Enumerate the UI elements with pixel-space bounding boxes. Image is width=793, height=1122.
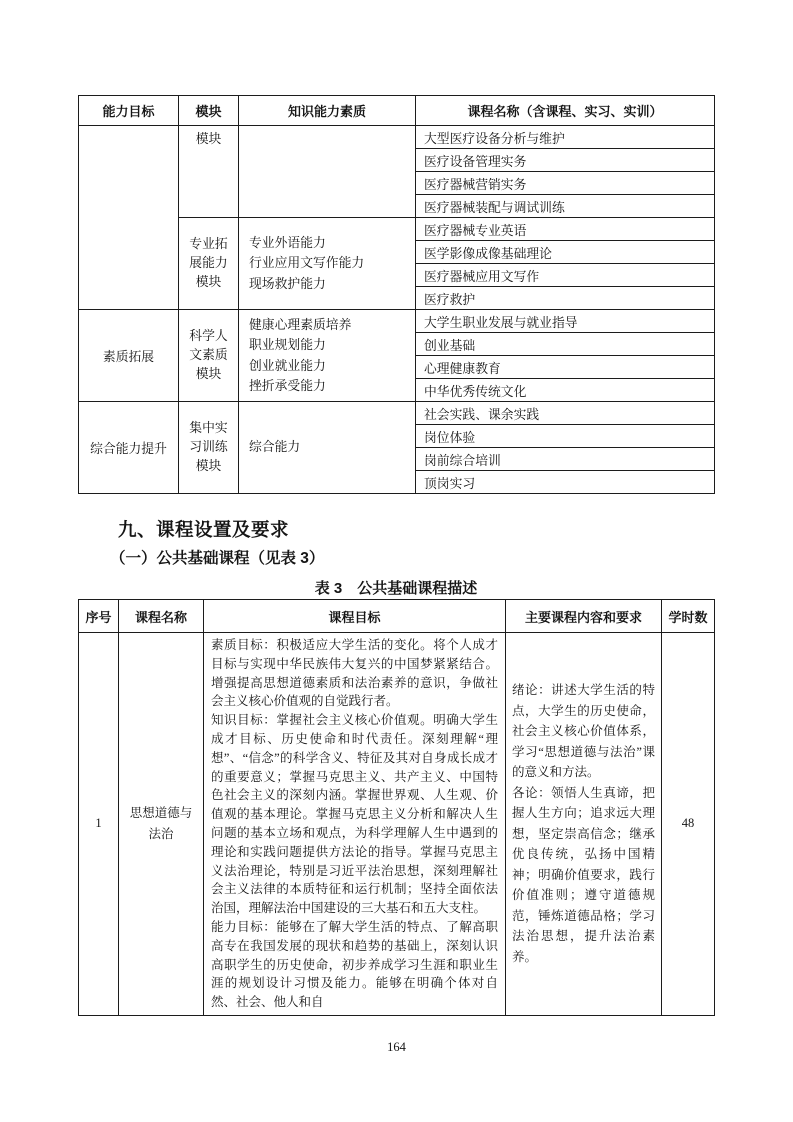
qualities-cell — [239, 126, 416, 218]
content-paragraph: 绪论：讲述大学生活的特点，大学生的历史使命，社会主义核心价值体系，学习“思想道德… — [512, 680, 655, 783]
public-basic-course-table: 序号 课程名称 课程目标 主要课程内容和要求 学时数 1思想道德与法治素质目标：… — [78, 599, 715, 1016]
course-cell: 大型医疗设备分析与维护 — [416, 126, 715, 149]
course-cell: 创业基础 — [416, 333, 715, 356]
table1-row: 综合能力提升集中实 习训练 模块综合能力社会实践、课余实践 — [79, 402, 715, 425]
course-name-cell: 思想道德与法治 — [119, 633, 204, 1016]
course-objectives-cell: 素质目标：积极适应大学生活的变化。将个人成才目标与实现中华民族伟大复兴的中国梦紧… — [204, 633, 506, 1016]
subsection-heading: （一）公共基础课程（见表 3） — [110, 546, 324, 568]
course-cell: 中华优秀传统文化 — [416, 379, 715, 402]
table1-row: 素质拓展科学人 文素质 模块健康心理素质培养 职业规划能力 创业就业能力 挫折承… — [79, 310, 715, 333]
section-heading: 九、课程设置及要求 — [118, 516, 289, 542]
course-content-cell: 绪论：讲述大学生活的特点，大学生的历史使命，社会主义核心价值体系，学习“思想道德… — [506, 633, 662, 1016]
class-hours-cell: 48 — [662, 633, 715, 1016]
course-cell: 大学生职业发展与就业指导 — [416, 310, 715, 333]
ability-target-cell: 素质拓展 — [79, 310, 179, 402]
module-cell: 专业拓 展能力 模块 — [179, 218, 239, 310]
course-cell: 医学影像成像基础理论 — [416, 241, 715, 264]
table1-header-row: 能力目标 模块 知识能力素质 课程名称（含课程、实习、实训） — [79, 96, 715, 126]
objective-paragraph: 素质目标：积极适应大学生活的变化。将个人成才目标与实现中华民族伟大复兴的中国梦紧… — [211, 636, 498, 711]
table2-header-no: 序号 — [79, 600, 119, 633]
page-number: 164 — [0, 1040, 793, 1055]
objective-paragraph: 能力目标：能够在了解大学生活的特点、了解高职高专在我国发展的现状和趋势的基础上，… — [211, 918, 498, 1012]
table1-header-ability: 能力目标 — [79, 96, 179, 126]
qualities-cell: 健康心理素质培养 职业规划能力 创业就业能力 挫折承受能力 — [239, 310, 416, 402]
ability-target-cell: 综合能力提升 — [79, 402, 179, 494]
table2-header-objectives: 课程目标 — [204, 600, 506, 633]
table2-header-row: 序号 课程名称 课程目标 主要课程内容和要求 学时数 — [79, 600, 715, 633]
module-cell: 集中实 习训练 模块 — [179, 402, 239, 494]
course-cell: 医疗器械装配与调试训练 — [416, 195, 715, 218]
content-paragraph: 各论：领悟人生真谛，把握人生方向；追求远大理想，坚定崇高信念；继承优良传统，弘扬… — [512, 783, 655, 968]
table2-header-course-name: 课程名称 — [119, 600, 204, 633]
table1-row: 模块大型医疗设备分析与维护 — [79, 126, 715, 149]
qualities-cell: 综合能力 — [239, 402, 416, 494]
table2-header-hours: 学时数 — [662, 600, 715, 633]
module-cell: 科学人 文素质 模块 — [179, 310, 239, 402]
table3-caption: 表 3 公共基础课程描述 — [78, 577, 714, 598]
course-cell: 医疗器械营销实务 — [416, 172, 715, 195]
table1-header-module: 模块 — [179, 96, 239, 126]
objective-paragraph: 知识目标：掌握社会主义核心价值观。明确大学生成才目标、历史使命和时代责任。深刻理… — [211, 711, 498, 918]
table2-row: 1思想道德与法治素质目标：积极适应大学生活的变化。将个人成才目标与实现中华民族伟… — [79, 633, 715, 1016]
ability-module-course-table: 能力目标 模块 知识能力素质 课程名称（含课程、实习、实训） 模块大型医疗设备分… — [78, 95, 715, 494]
qualities-cell: 专业外语能力 行业应用文写作能力 现场救护能力 — [239, 218, 416, 310]
row-number-cell: 1 — [79, 633, 119, 1016]
course-cell: 顶岗实习 — [416, 471, 715, 494]
course-cell: 岗前综合培训 — [416, 448, 715, 471]
table1-header-qualities: 知识能力素质 — [239, 96, 416, 126]
module-cell: 模块 — [179, 126, 239, 218]
course-cell: 医疗器械专业英语 — [416, 218, 715, 241]
course-cell: 社会实践、课余实践 — [416, 402, 715, 425]
table2-header-content: 主要课程内容和要求 — [506, 600, 662, 633]
ability-target-cell — [79, 126, 179, 310]
course-cell: 心理健康教育 — [416, 356, 715, 379]
course-cell: 医疗器械应用文写作 — [416, 264, 715, 287]
course-cell: 医疗设备管理实务 — [416, 149, 715, 172]
course-cell: 医疗救护 — [416, 287, 715, 310]
document-page: 能力目标 模块 知识能力素质 课程名称（含课程、实习、实训） 模块大型医疗设备分… — [0, 0, 793, 1122]
table1-header-courses: 课程名称（含课程、实习、实训） — [416, 96, 715, 126]
course-cell: 岗位体验 — [416, 425, 715, 448]
